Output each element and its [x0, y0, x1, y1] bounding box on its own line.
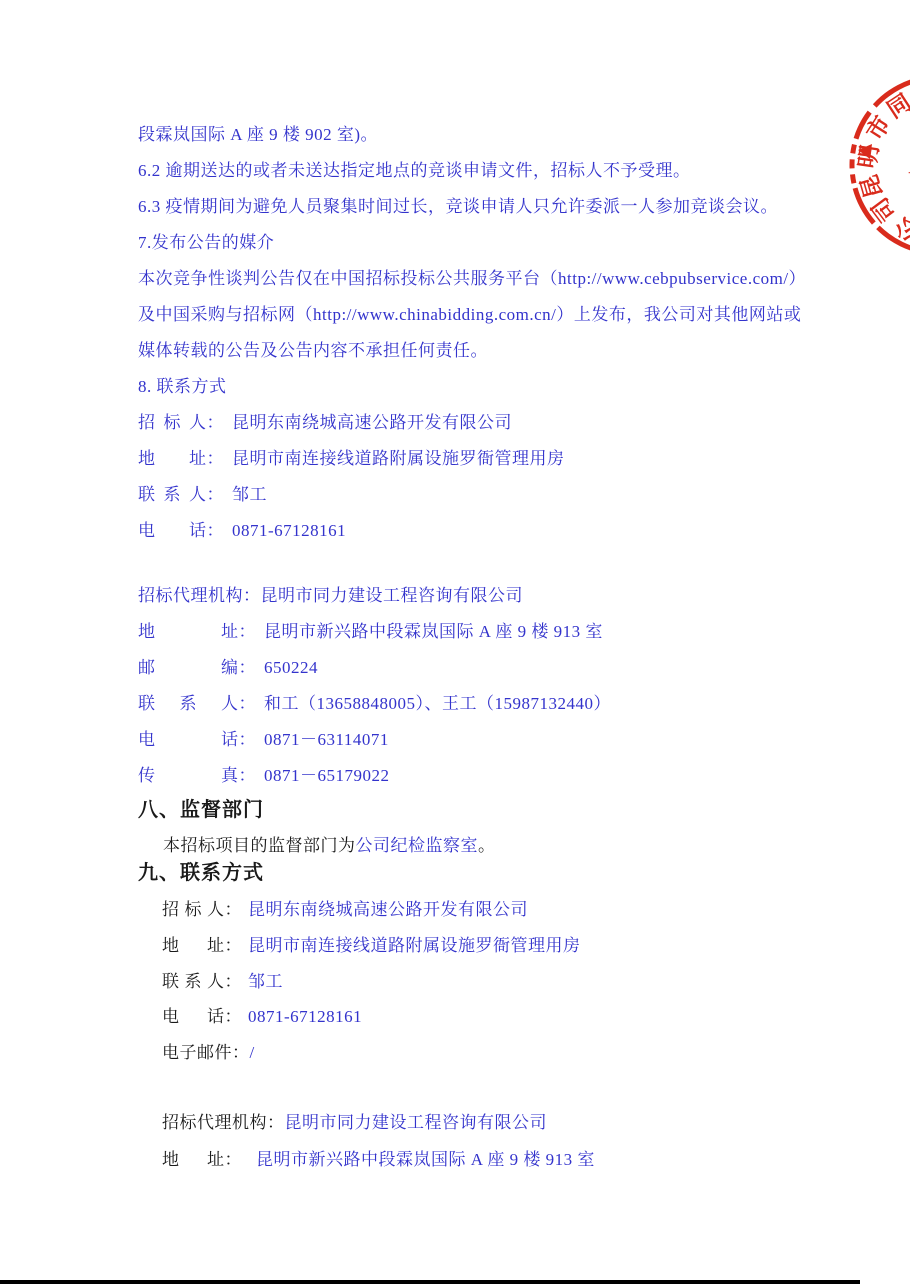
- notice-media-line-3-text: 媒体转载的公告及公告内容不承担任何责任。: [138, 341, 488, 360]
- tenderer-phone-row-2-text: 0871-67128161: [248, 1007, 362, 1026]
- agency-address-row-2-label: 地址：: [162, 1149, 242, 1171]
- seal-mark-fragment: [858, 144, 872, 159]
- seal-ring: [828, 58, 910, 278]
- label-char: 传: [138, 765, 156, 787]
- tenderer-phone-row-2-label: 电话：: [162, 1006, 242, 1028]
- agency-address-row: 地址：昆明市新兴路中段霖岚国际 A 座 9 楼 913 室: [138, 621, 603, 643]
- label-char: 系: [185, 971, 203, 993]
- label-char: 人：: [221, 693, 256, 715]
- agency-row-2-text: 昆明市同力建设工程咨询有限公司: [285, 1113, 548, 1132]
- agency-phone-row-text: 0871－63114071: [264, 730, 389, 749]
- tenderer-row: 招标人：昆明东南绕城高速公路开发有限公司: [138, 412, 512, 434]
- label-char: 地: [162, 1149, 180, 1171]
- label-char: 址：: [207, 935, 242, 957]
- clause-7-title: 7.发布公告的媒介: [138, 232, 274, 254]
- label-char: 话：: [221, 729, 256, 751]
- tenderer-address-row-2-text: 昆明市南连接线道路附属设施罗衙管理用房: [248, 936, 581, 955]
- label-char: 地: [138, 621, 156, 643]
- agency-postcode-row: 邮编：650224: [138, 657, 318, 679]
- label-char: 标: [164, 412, 182, 434]
- addr-tail-902: 段霖岚国际 A 座 9 楼 902 室)。: [138, 124, 378, 146]
- label-char: 联: [138, 693, 156, 715]
- email-row: 电子邮件：/: [162, 1042, 255, 1064]
- label-char: 址：: [207, 1149, 242, 1171]
- contact-heading-text: 九、联系方式: [138, 862, 264, 884]
- label-char: 人：: [207, 971, 242, 993]
- label-char: 话：: [207, 1006, 242, 1028]
- contact-heading: 九、联系方式: [138, 862, 264, 884]
- label-char: 话：: [189, 520, 224, 542]
- tenderer-contact-row-2-label: 联系人：: [162, 971, 242, 993]
- label-char: 联: [162, 971, 180, 993]
- clause-6-3-text: 6.3 疫情期间为避免人员聚集时间过长，竞谈申请人只允许委派一人参加竞谈会议。: [138, 197, 778, 216]
- company-seal-stamp: 昆明市同力建设工程咨询有限公司: [828, 58, 910, 278]
- agency-row-2: 招标代理机构：昆明市同力建设工程咨询有限公司: [162, 1112, 547, 1134]
- notice-media-line-2: 及中国采购与招标网（http://www.chinabidding.com.cn…: [138, 304, 801, 326]
- tenderer-row-2: 招标人：昆明东南绕城高速公路开发有限公司: [162, 899, 528, 921]
- agency-fax-row-label: 传真：: [138, 765, 256, 787]
- tenderer-contact-row: 联系人：邹工: [138, 484, 267, 506]
- tenderer-row-2-label: 招标人：: [162, 899, 242, 921]
- agency-address-row-2-text: 昆明市新兴路中段霖岚国际 A 座 9 楼 913 室: [256, 1150, 595, 1169]
- label-char: 电: [138, 729, 156, 751]
- tenderer-row-text: 昆明东南绕城高速公路开发有限公司: [232, 413, 512, 432]
- clause-7-title-text: 7.发布公告的媒介: [138, 233, 274, 252]
- tenderer-contact-row-text: 邹工: [232, 485, 267, 504]
- email-row-text: /: [250, 1043, 255, 1062]
- label-char: 人：: [189, 484, 224, 506]
- notice-media-line-1-text: 本次竞争性谈判公告仅在中国招标投标公共服务平台（http://www.cebpu…: [138, 269, 806, 288]
- label-char: 人：: [189, 412, 224, 434]
- svg-text:昆明市同力建设工程咨询有限公司: 昆明市同力建设工程咨询有限公司: [828, 58, 910, 278]
- page-bottom-rule: [0, 1280, 860, 1284]
- agency-phone-row-label: 电话：: [138, 729, 256, 751]
- label-char: 电: [162, 1006, 180, 1028]
- clause-6-3: 6.3 疫情期间为避免人员聚集时间过长，竞谈申请人只允许委派一人参加竞谈会议。: [138, 196, 778, 218]
- label-char: 系: [180, 693, 198, 715]
- tenderer-contact-row-2-text: 邹工: [248, 972, 283, 991]
- label-char: 地: [162, 935, 180, 957]
- notice-media-line-3: 媒体转载的公告及公告内容不承担任何责任。: [138, 340, 488, 362]
- agency-phone-row: 电话：0871－63114071: [138, 729, 389, 751]
- email-row-text: 电子邮件：: [162, 1043, 250, 1062]
- agency-fax-row: 传真：0871－65179022: [138, 765, 390, 787]
- label-char: 址：: [189, 448, 224, 470]
- notice-media-line-2-text: 及中国采购与招标网（http://www.chinabidding.com.cn…: [138, 305, 801, 324]
- supervision-body-text: 。: [478, 836, 496, 855]
- clause-6-2-text: 6.2 逾期送达的或者未送达指定地点的竞谈申请文件，招标人不予受理。: [138, 161, 691, 180]
- tenderer-address-row: 地址：昆明市南连接线道路附属设施罗衙管理用房: [138, 448, 565, 470]
- agency-row-2-text: 招标代理机构：: [162, 1113, 285, 1132]
- agency-postcode-row-label: 邮编：: [138, 657, 256, 679]
- tenderer-row-label: 招标人：: [138, 412, 224, 434]
- tenderer-address-row-label: 地址：: [138, 448, 224, 470]
- supervision-body: 本招标项目的监督部门为公司纪检监察室。: [163, 835, 496, 857]
- label-char: 招: [138, 412, 156, 434]
- supervision-body-text: 本招标项目的监督部门为: [163, 836, 356, 855]
- seal-text: 昆明市同力建设工程咨询有限公司: [828, 58, 910, 278]
- label-char: 地: [138, 448, 156, 470]
- supervision-heading-text: 八、监督部门: [138, 799, 264, 821]
- document-page: 段霖岚国际 A 座 9 楼 902 室)。6.2 逾期送达的或者未送达指定地点的…: [0, 0, 910, 1287]
- tenderer-phone-row: 电话：0871-67128161: [138, 520, 346, 542]
- clause-8-title: 8. 联系方式: [138, 376, 227, 398]
- tenderer-address-row-2: 地址：昆明市南连接线道路附属设施罗衙管理用房: [162, 935, 581, 957]
- label-char: 真：: [221, 765, 256, 787]
- label-char: 电: [138, 520, 156, 542]
- tenderer-phone-row-2: 电话：0871-67128161: [162, 1006, 362, 1028]
- agency-address-row-label: 地址：: [138, 621, 256, 643]
- supervision-body-text: 公司纪检监察室: [356, 836, 479, 855]
- agency-contact-row-label: 联系人：: [138, 693, 256, 715]
- tenderer-address-row-2-label: 地址：: [162, 935, 242, 957]
- clause-6-2: 6.2 逾期送达的或者未送达指定地点的竞谈申请文件，招标人不予受理。: [138, 160, 691, 182]
- agency-address-row-text: 昆明市新兴路中段霖岚国际 A 座 9 楼 913 室: [264, 622, 603, 641]
- tenderer-contact-row-label: 联系人：: [138, 484, 224, 506]
- agency-fax-row-text: 0871－65179022: [264, 766, 390, 785]
- tenderer-row-2-text: 昆明东南绕城高速公路开发有限公司: [248, 900, 528, 919]
- tenderer-address-row-text: 昆明市南连接线道路附属设施罗衙管理用房: [232, 449, 565, 468]
- agency-row: 招标代理机构：昆明市同力建设工程咨询有限公司: [138, 585, 523, 607]
- label-char: 标: [185, 899, 203, 921]
- addr-tail-902-text: 段霖岚国际 A 座 9 楼 902 室)。: [138, 125, 378, 144]
- supervision-heading: 八、监督部门: [138, 799, 264, 821]
- agency-address-row-2: 地址：昆明市新兴路中段霖岚国际 A 座 9 楼 913 室: [162, 1149, 595, 1171]
- label-char: 址：: [221, 621, 256, 643]
- clause-8-title-text: 8. 联系方式: [138, 377, 227, 396]
- agency-contact-row: 联系人：和工（13658848005）、王工（15987132440）: [138, 693, 611, 715]
- label-char: 招: [162, 899, 180, 921]
- label-char: 人：: [207, 899, 242, 921]
- agency-postcode-row-text: 650224: [264, 658, 318, 677]
- agency-contact-row-text: 和工（13658848005）、王工（15987132440）: [264, 694, 611, 713]
- notice-media-line-1: 本次竞争性谈判公告仅在中国招标投标公共服务平台（http://www.cebpu…: [138, 268, 806, 290]
- label-char: 系: [164, 484, 182, 506]
- seal-star-icon: [898, 123, 910, 205]
- label-char: 邮: [138, 657, 156, 679]
- tenderer-phone-row-label: 电话：: [138, 520, 224, 542]
- tenderer-phone-row-text: 0871-67128161: [232, 521, 346, 540]
- label-char: 联: [138, 484, 156, 506]
- label-char: 编：: [221, 657, 256, 679]
- tenderer-contact-row-2: 联系人：邹工: [162, 971, 283, 993]
- agency-row-text: 招标代理机构：昆明市同力建设工程咨询有限公司: [138, 586, 523, 605]
